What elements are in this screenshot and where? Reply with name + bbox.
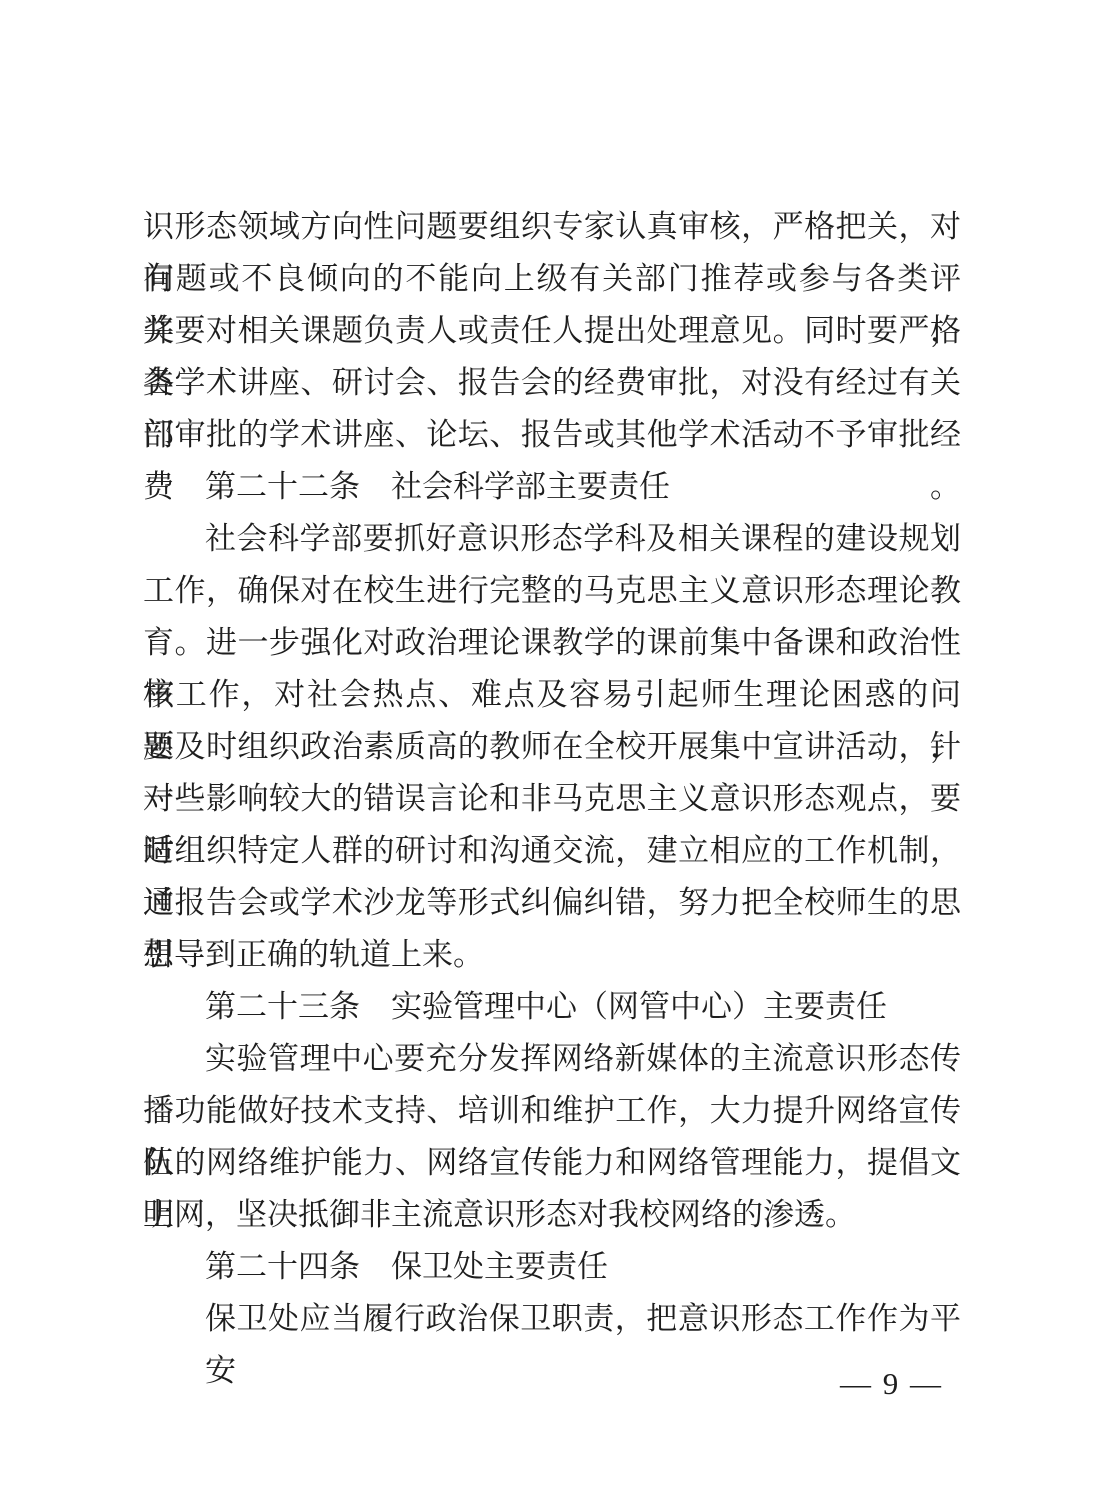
text-line: 引导到正确的轨道上来。 <box>143 929 961 981</box>
text-line: 问题或不良倾向的不能向上级有关部门推荐或参与各类评奖， <box>143 253 961 305</box>
document-lines: 识形态领域方向性问题要组织专家认真审核，严格把关，对有问题或不良倾向的不能向上级… <box>143 201 961 1345</box>
text-line: 一些影响较大的错误言论和非马克思主义意识形态观点，要适 <box>143 773 961 825</box>
text-line: 播功能做好技术支持、培训和维护工作，大力提升网络宣传队 <box>143 1085 961 1137</box>
text-line: 上网，坚决抵御非主流意识形态对我校网络的渗透。 <box>143 1189 961 1241</box>
text-line: 伍的网络维护能力、网络宣传能力和网络管理能力，提倡文明 <box>143 1137 961 1189</box>
text-line: 工作，确保对在校生进行完整的马克思主义意识形态理论教 <box>143 565 961 617</box>
document-page: 识形态领域方向性问题要组织专家认真审核，严格把关，对有问题或不良倾向的不能向上级… <box>0 0 1095 1485</box>
text-line: 育。进一步强化对政治理论课教学的课前集中备课和政治性审 <box>143 617 961 669</box>
text-line: 类学术讲座、研讨会、报告会的经费审批，对没有经过有关部 <box>143 357 961 409</box>
text-line: 时组织特定人群的研讨和沟通交流，建立相应的工作机制，通 <box>143 825 961 877</box>
text-line: 门审批的学术讲座、论坛、报告或其他学术活动不予审批经费。 <box>143 409 961 461</box>
page-number: — 9 — <box>840 1362 943 1406</box>
text-line: 识形态领域方向性问题要组织专家认真审核，严格把关，对有 <box>143 201 961 253</box>
article-heading: 第二十三条 实验管理中心（网管中心）主要责任 <box>143 981 961 1033</box>
text-line: 核工作，对社会热点、难点及容易引起师生理论困惑的问题， <box>143 669 961 721</box>
text-line: 要及时组织政治素质高的教师在全校开展集中宣讲活动，针对 <box>143 721 961 773</box>
text-line: 并要对相关课题负责人或责任人提出处理意见。同时要严格各 <box>143 305 961 357</box>
text-line: 保卫处应当履行政治保卫职责，把意识形态工作作为平安 <box>143 1293 961 1345</box>
text-line: 过报告会或学术沙龙等形式纠偏纠错，努力把全校师生的思想 <box>143 877 961 929</box>
text-line: 实验管理中心要充分发挥网络新媒体的主流意识形态传 <box>143 1033 961 1085</box>
article-heading: 第二十四条 保卫处主要责任 <box>143 1241 961 1293</box>
text-line: 社会科学部要抓好意识形态学科及相关课程的建设规划 <box>143 513 961 565</box>
